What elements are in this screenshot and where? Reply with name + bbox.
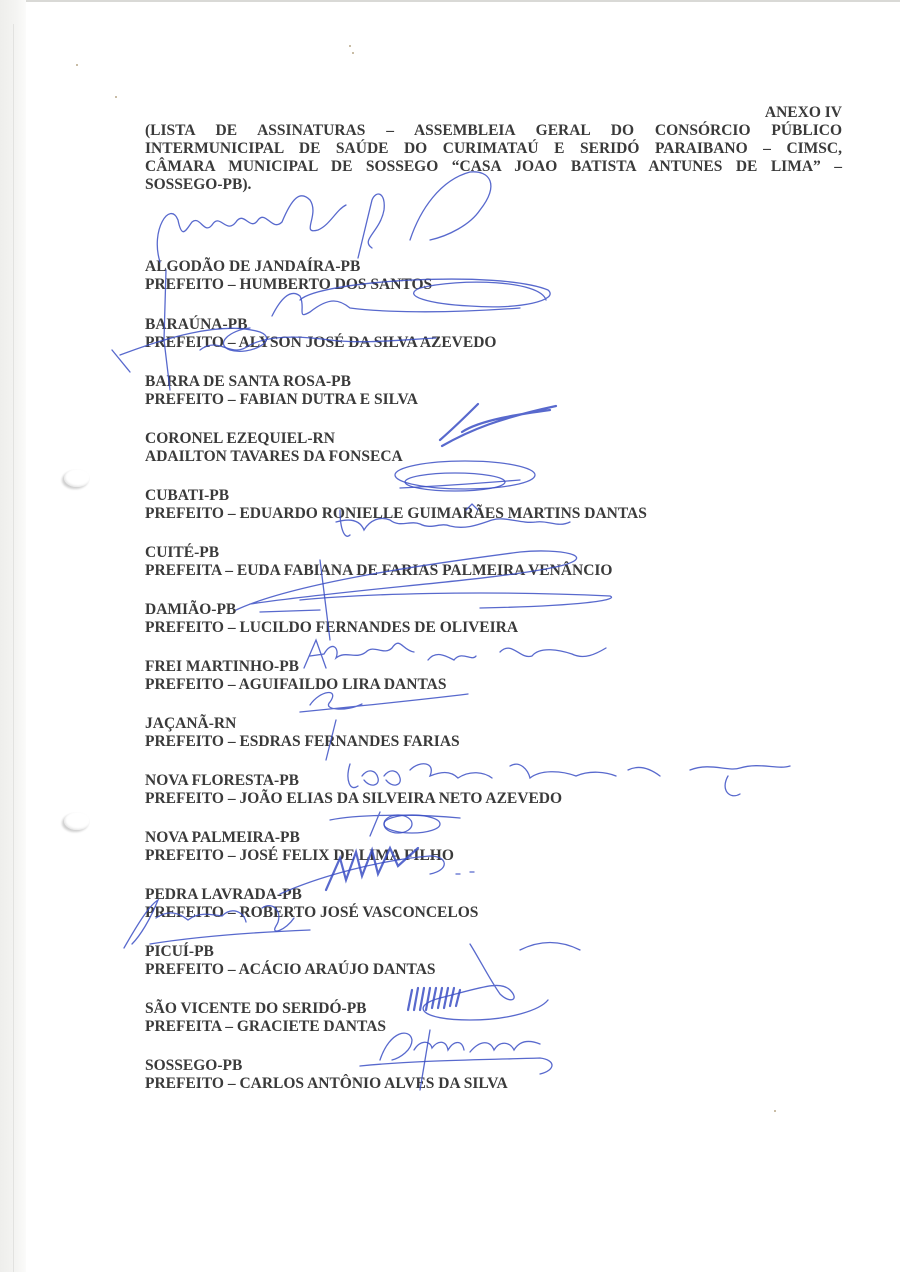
municipality: CUBATI-PB <box>145 487 647 505</box>
scan-top-shadow <box>26 0 900 2</box>
paper-speck <box>76 64 78 66</box>
signatory-entry: FREI MARTINHO-PB PREFEITO – AGUIFAILDO L… <box>145 658 446 694</box>
official-name: ADAILTON TAVARES DA FONSECA <box>145 448 403 466</box>
official-name: PREFEITO – EDUARDO RONIELLE GUIMARÃES MA… <box>145 505 647 523</box>
signatory-entry: PICUÍ-PB PREFEITO – ACÁCIO ARAÚJO DANTAS <box>145 943 436 979</box>
signature <box>150 930 310 944</box>
signature <box>358 194 384 258</box>
heading-line: CÂMARA MUNICIPAL DE SOSSEGO “CASA JOAO B… <box>145 158 842 176</box>
municipality: CUITÉ-PB <box>145 544 613 562</box>
official-name: PREFEITO – LUCILDO FERNANDES DE OLIVEIRA <box>145 619 518 637</box>
signature <box>112 350 130 372</box>
scan-margin <box>0 0 26 1272</box>
official-name: PREFEITO – HUMBERTO DOS SANTOS <box>145 276 432 294</box>
official-name: PREFEITO – ACÁCIO ARAÚJO DANTAS <box>145 961 436 979</box>
signatory-entry: SÃO VICENTE DO SERIDÓ-PB PREFEITA – GRAC… <box>145 1000 386 1036</box>
signatory-entry: ALGODÃO DE JANDAÍRA-PB PREFEITO – HUMBER… <box>145 258 432 294</box>
signature <box>300 693 468 712</box>
paper-speck <box>774 1110 776 1112</box>
document-header: ANEXO IV (LISTA DE ASSINATURAS – ASSEMBL… <box>145 104 842 194</box>
signatory-entry: BARAÚNA-PB PREFEITO – ALYSON JOSÉ DA SIL… <box>145 316 496 352</box>
signatory-entry: PEDRA LAVRADA-PB PREFEITO – ROBERTO JOSÉ… <box>145 886 478 922</box>
signature <box>157 196 346 262</box>
signature <box>395 461 535 489</box>
signature <box>440 404 556 446</box>
document-heading: (LISTA DE ASSINATURAS – ASSEMBLEIA GERAL… <box>145 122 842 194</box>
official-name: PREFEITO – CARLOS ANTÔNIO ALVES DA SILVA <box>145 1075 508 1093</box>
official-name: PREFEITO – ALYSON JOSÉ DA SILVA AZEVEDO <box>145 334 496 352</box>
signature <box>272 293 520 316</box>
municipality: SOSSEGO-PB <box>145 1057 508 1075</box>
signature <box>456 872 474 874</box>
heading-line: SOSSEGO-PB). <box>145 176 842 194</box>
signatory-entry: NOVA PALMEIRA-PB PREFEITO – JOSÉ FELIX D… <box>145 829 454 865</box>
paper-speck <box>352 52 354 54</box>
official-name: PREFEITO – AGUIFAILDO LIRA DANTAS <box>145 676 446 694</box>
municipality: BARRA DE SANTA ROSA-PB <box>145 373 418 391</box>
signatory-entry: CUITÉ-PB PREFEITA – EUDA FABIANA DE FARI… <box>145 544 613 580</box>
official-name: PREFEITO – ESDRAS FERNANDES FARIAS <box>145 733 460 751</box>
heading-line: (LISTA DE ASSINATURAS – ASSEMBLEIA GERAL… <box>145 122 842 140</box>
municipality: BARAÚNA-PB <box>145 316 496 334</box>
signature <box>423 943 580 1021</box>
official-name: PREFEITA – EUDA FABIANA DE FARIAS PALMEI… <box>145 562 613 580</box>
heading-line: INTERMUNICIPAL DE SAÚDE DO CURIMATAÚ E S… <box>145 140 842 158</box>
municipality: PICUÍ-PB <box>145 943 436 961</box>
paper-speck <box>115 96 117 98</box>
municipality: ALGODÃO DE JANDAÍRA-PB <box>145 258 432 276</box>
signatory-entry: CORONEL EZEQUIEL-RN ADAILTON TAVARES DA … <box>145 430 403 466</box>
municipality: PEDRA LAVRADA-PB <box>145 886 478 904</box>
signatory-entry: DAMIÃO-PB PREFEITO – LUCILDO FERNANDES D… <box>145 601 518 637</box>
municipality: CORONEL EZEQUIEL-RN <box>145 430 403 448</box>
signatory-entry: NOVA FLORESTA-PB PREFEITO – JOÃO ELIAS D… <box>145 772 562 808</box>
municipality: DAMIÃO-PB <box>145 601 518 619</box>
municipality: FREI MARTINHO-PB <box>145 658 446 676</box>
signature <box>380 1033 540 1060</box>
signatory-entry: JAÇANÃ-RN PREFEITO – ESDRAS FERNANDES FA… <box>145 715 460 751</box>
municipality: SÃO VICENTE DO SERIDÓ-PB <box>145 1000 386 1018</box>
municipality: NOVA FLORESTA-PB <box>145 772 562 790</box>
signatory-entry: SOSSEGO-PB PREFEITO – CARLOS ANTÔNIO ALV… <box>145 1057 508 1093</box>
annex-label: ANEXO IV <box>145 104 842 122</box>
official-name: PREFEITO – JOSÉ FELIX DE LIMA FILHO <box>145 847 454 865</box>
punch-hole <box>64 469 90 487</box>
signatory-entry: BARRA DE SANTA ROSA-PB PREFEITO – FABIAN… <box>145 373 418 409</box>
signatory-entry: CUBATI-PB PREFEITO – EDUARDO RONIELLE GU… <box>145 487 647 523</box>
paper-speck <box>349 45 351 47</box>
municipality: NOVA PALMEIRA-PB <box>145 829 454 847</box>
official-name: PREFEITO – JOÃO ELIAS DA SILVEIRA NETO A… <box>145 790 562 808</box>
official-name: PREFEITO – FABIAN DUTRA E SILVA <box>145 391 418 409</box>
punch-hole <box>64 812 90 830</box>
official-name: PREFEITA – GRACIETE DANTAS <box>145 1018 386 1036</box>
scan-edge-line <box>13 24 14 1272</box>
municipality: JAÇANÃ-RN <box>145 715 460 733</box>
signature <box>408 988 460 1010</box>
official-name: PREFEITO – ROBERTO JOSÉ VASCONCELOS <box>145 904 478 922</box>
